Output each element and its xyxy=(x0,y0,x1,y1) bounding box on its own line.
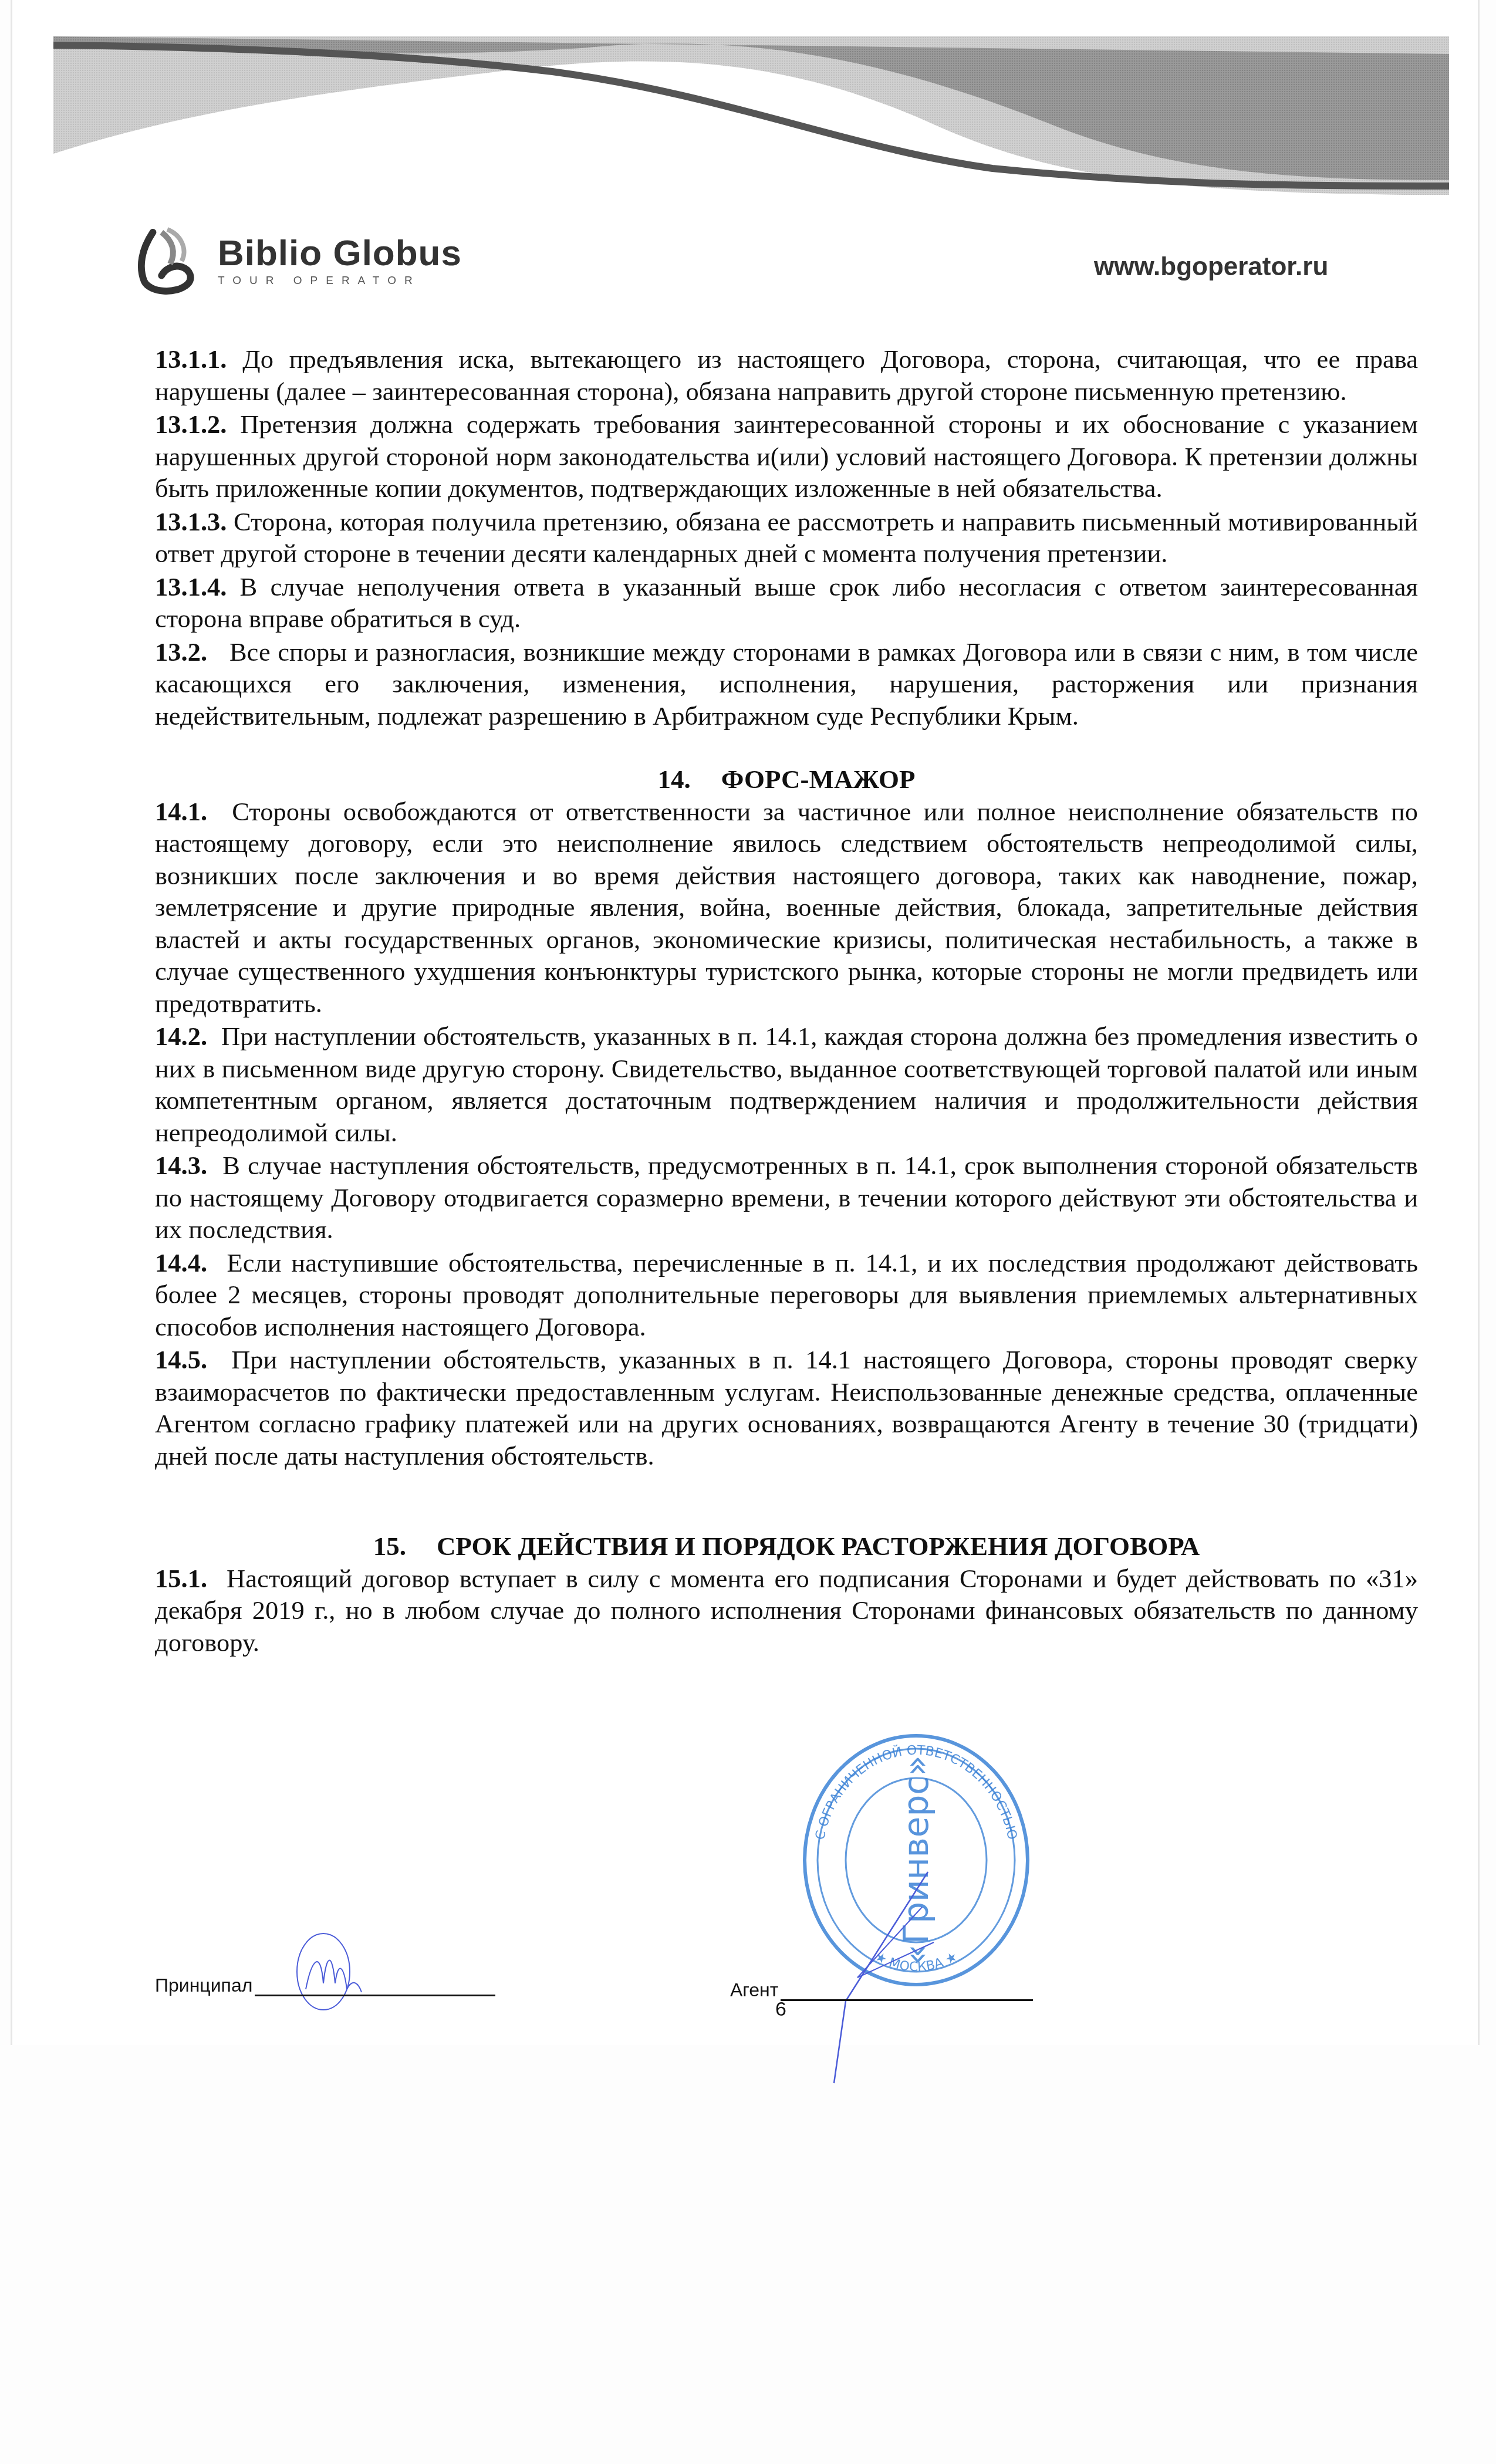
website-link[interactable]: www.bgoperator.ru xyxy=(1094,252,1328,282)
principal-signature-field: Принципал xyxy=(155,1975,495,1996)
clause-14-4: 14.4. Если наступившие обстоятельства, п… xyxy=(155,1247,1418,1343)
clause-14-2: 14.2. При наступлении обстоятельств, ука… xyxy=(155,1020,1418,1148)
header-wave-banner xyxy=(53,36,1449,195)
page-number: 6 xyxy=(775,1998,786,2021)
clause-14-5: 14.5. При наступлении обстоятельств, ука… xyxy=(155,1344,1418,1472)
clause-13-2: 13.2. Все споры и разногласия, возникшие… xyxy=(155,636,1418,732)
document-page: Biblio Globus TOUR OPERATOR www.bgoperat… xyxy=(11,0,1480,2045)
clause-14-3: 14.3. В случае наступления обстоятельств… xyxy=(155,1150,1418,1246)
contract-body: 13.1.1. До предъявления иска, вытекающег… xyxy=(155,343,1418,1659)
biblio-globus-logo-icon xyxy=(136,227,205,296)
brand-logo: Biblio Globus TOUR OPERATOR xyxy=(136,226,462,296)
clause-13-1-2: 13.1.2. Претензия должна содержать требо… xyxy=(155,408,1418,505)
agent-label: Агент xyxy=(730,1979,778,2001)
clause-15-1: 15.1. Настоящий договор вступает в силу … xyxy=(155,1563,1418,1659)
section-heading-15: 15.СРОК ДЕЙСТВИЯ И ПОРЯДОК РАСТОРЖЕНИЯ Д… xyxy=(155,1530,1418,1563)
signature-row: Принципал Агент xyxy=(155,1961,1418,1996)
clause-13-1-3: 13.1.3. Сторона, которая получила претен… xyxy=(155,506,1418,570)
clause-14-1: 14.1. Стороны освобождаются от ответстве… xyxy=(155,796,1418,1020)
clause-13-1-4: 13.1.4. В случае неполучения ответа в ук… xyxy=(155,571,1418,635)
brand-name: Biblio Globus xyxy=(218,235,462,272)
principal-label: Принципал xyxy=(155,1975,252,1996)
section-heading-14: 14.ФОРС-МАЖОР xyxy=(155,763,1418,796)
brand-tagline: TOUR OPERATOR xyxy=(218,275,462,288)
clause-13-1-1: 13.1.1. До предъявления иска, вытекающег… xyxy=(155,343,1418,407)
